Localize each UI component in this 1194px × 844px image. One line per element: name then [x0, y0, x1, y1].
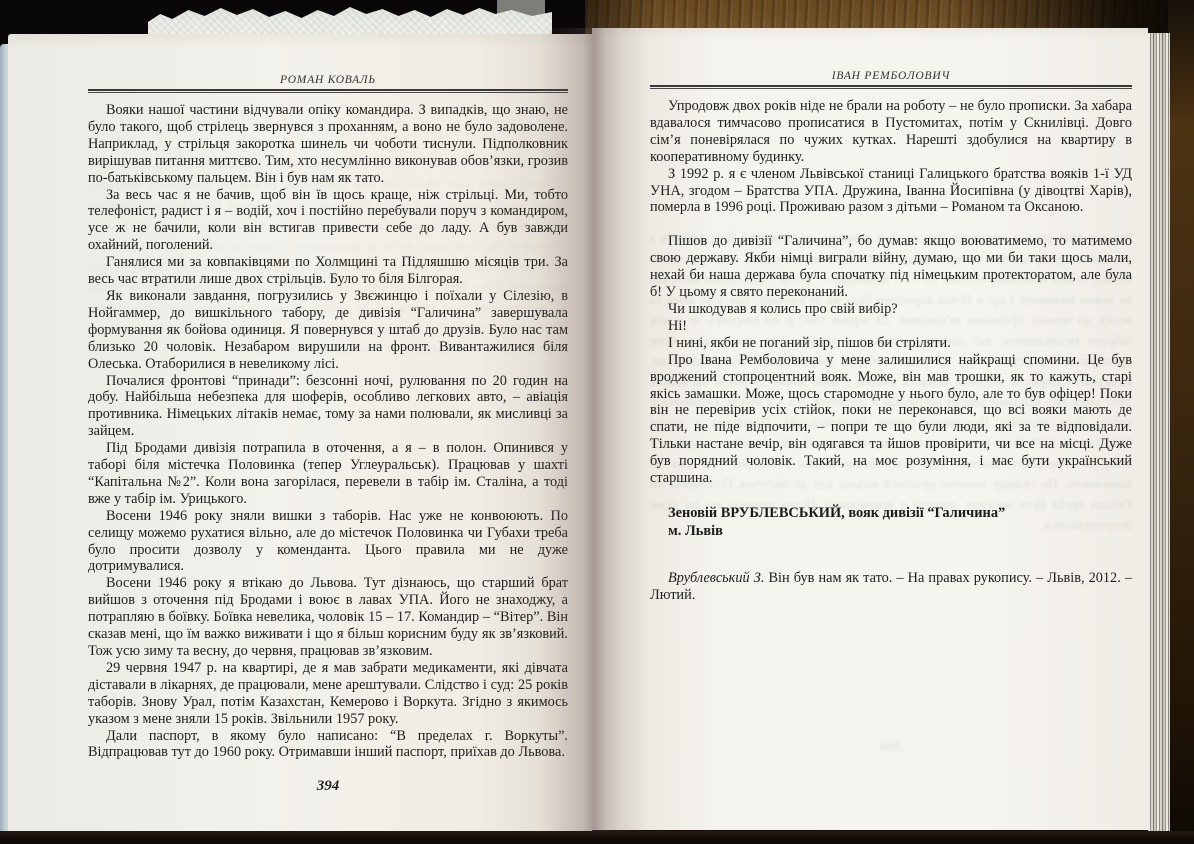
- paragraph: Про Івана Ремболовича у мене залишилися …: [650, 352, 1132, 487]
- paragraph: Ні!: [650, 318, 1132, 335]
- page-number-left: 394: [88, 778, 568, 795]
- header-rule-left: [88, 89, 568, 93]
- paragraph: Вояки нашої частини відчували опіку кома…: [88, 102, 568, 187]
- right-page: Восени 1946 року я втікаю до Львова. Тут…: [592, 28, 1148, 830]
- paragraph: Пішов до дивізії “Галичина”, бо думав: я…: [650, 233, 1132, 301]
- source-author: Врублевський З.: [668, 570, 764, 586]
- paragraph: Як виконали завдання, погрузились у Звєж…: [88, 288, 568, 373]
- paragraph: З 1992 р. я є членом Львівської станиці …: [650, 166, 1132, 217]
- left-page: Про Івана Ремболовича у мене залишилися …: [8, 34, 592, 834]
- source-citation: Врублевський З. Він був нам як тато. – Н…: [650, 570, 1132, 605]
- page-stack-edge-right: [1148, 33, 1170, 832]
- paragraph: Дали паспорт, в якому було написано: “В …: [88, 728, 568, 762]
- paragraph: Упродовж двох років ніде не брали на роб…: [650, 98, 1132, 166]
- paragraph: Чи шкодував я колись про свій вибір?: [650, 301, 1132, 318]
- paragraph: Почалися фронтові “принади”: безсонні но…: [88, 373, 568, 441]
- left-page-content: РОМАН КОВАЛЬ Вояки нашої частини відчува…: [88, 74, 568, 761]
- paragraph: Восени 1946 року зняли вишки з таборів. …: [88, 508, 568, 576]
- running-head-left: РОМАН КОВАЛЬ: [88, 74, 568, 89]
- left-page-body: Вояки нашої частини відчували опіку кома…: [88, 102, 568, 761]
- wood-table-edge-right: [1168, 0, 1194, 844]
- paragraph: Ганялися ми за ковпаківцями по Холмщині …: [88, 254, 568, 288]
- table-shadow-bottom: [0, 831, 1194, 844]
- section-break: [650, 487, 1132, 504]
- paragraph: За весь час я не бачив, щоб він їв щось …: [88, 187, 568, 255]
- section-break: [650, 216, 1132, 233]
- paragraph: 29 червня 1947 р. на квартирі, де я мав …: [88, 660, 568, 728]
- author-signature: Зеновій ВРУБЛЕВСЬКИЙ, вояк дивізії “Гали…: [650, 504, 1132, 540]
- paragraph: Восени 1946 року я втікаю до Львова. Тут…: [88, 575, 568, 660]
- right-page-content: ІВАН РЕМБОЛОВИЧ Упродовж двох років ніде…: [650, 70, 1132, 605]
- header-rule-right: [650, 85, 1132, 89]
- signature-line: Зеновій ВРУБЛЕВСЬКИЙ, вояк дивізії “Гали…: [668, 504, 1132, 522]
- right-page-bleedthrough-number: 394: [650, 740, 1132, 756]
- running-head-right: ІВАН РЕМБОЛОВИЧ: [650, 70, 1132, 85]
- paragraph: І нині, якби не поганий зір, пішов би ст…: [650, 335, 1132, 352]
- right-page-body: Упродовж двох років ніде не брали на роб…: [650, 98, 1132, 605]
- book-scan-photo: Про Івана Ремболовича у мене залишилися …: [0, 0, 1194, 844]
- signature-line: м. Львів: [668, 522, 1132, 540]
- paragraph: Під Бродами дивізія потрапила в оточення…: [88, 440, 568, 508]
